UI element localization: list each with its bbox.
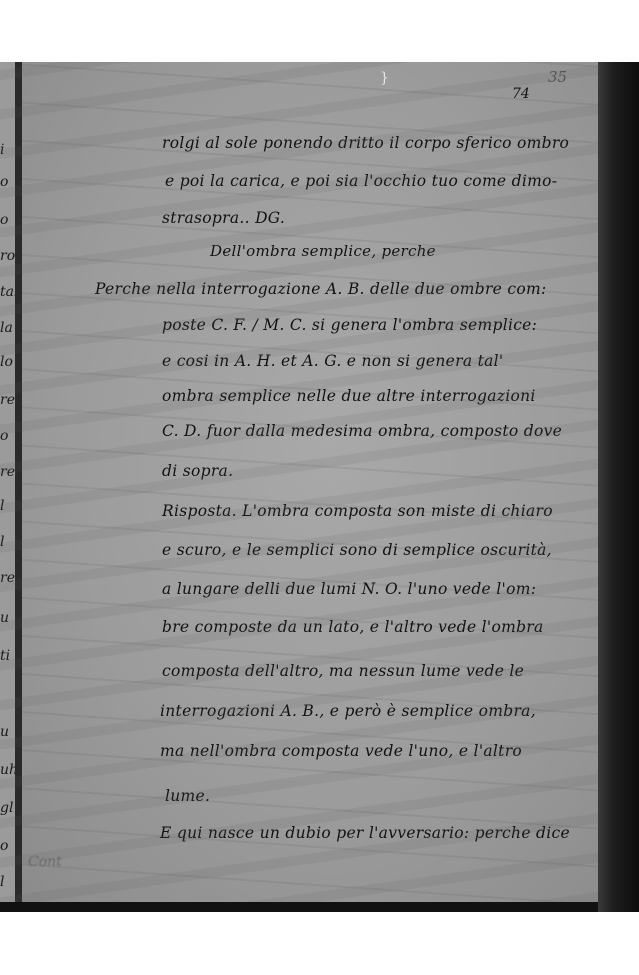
text-line: ombra semplice nelle due altre interroga… bbox=[162, 387, 536, 405]
text-line: e scuro, e le semplici sono di semplice … bbox=[162, 541, 552, 559]
bleed-through-text: Cont bbox=[28, 854, 62, 870]
margin-fragment: l bbox=[0, 498, 15, 514]
margin-fragment: la bbox=[0, 320, 15, 336]
margin-fragment: u bbox=[0, 724, 15, 740]
text-line: E qui nasce un dubio per l'avversario: p… bbox=[160, 824, 570, 842]
text-line: e poi la carica, e poi sia l'occhio tuo … bbox=[165, 172, 557, 190]
text-line: composta dell'altro, ma nessun lume vede… bbox=[162, 662, 524, 680]
text-line: di sopra. bbox=[162, 462, 233, 480]
text-line: strasopra.. DG. bbox=[162, 209, 285, 227]
text-line: e cosi in A. H. et A. G. e non si genera… bbox=[162, 352, 503, 370]
page-gutter-line bbox=[15, 62, 22, 902]
text-line: Perche nella interrogazione A. B. delle … bbox=[95, 280, 547, 298]
margin-fragment: tal bbox=[0, 284, 15, 300]
text-line: Risposta. L'ombra composta son miste di … bbox=[162, 502, 553, 520]
margin-fragment: l bbox=[0, 534, 15, 550]
text-line: interrogazioni A. B., e però è semplice … bbox=[160, 702, 536, 720]
text-line: lume. bbox=[165, 787, 210, 805]
margin-fragment: u bbox=[0, 610, 15, 626]
margin-fragment: gl bbox=[0, 800, 15, 816]
text-line: ma nell'ombra composta vede l'uno, e l'a… bbox=[160, 742, 522, 760]
manuscript-page: i o o ro tal la lo ret o re l l re u ti … bbox=[0, 62, 598, 902]
manuscript-scan: i o o ro tal la lo ret o re l l re u ti … bbox=[0, 62, 639, 912]
scan-bottom-edge bbox=[0, 902, 639, 912]
margin-fragment: re bbox=[0, 464, 15, 480]
folio-number: 74 bbox=[512, 86, 530, 102]
text-line: rolgi al sole ponendo dritto il corpo sf… bbox=[162, 134, 569, 152]
margin-fragment: ti bbox=[0, 648, 15, 664]
margin-fragment: uh bbox=[0, 762, 15, 778]
margin-fragment: ret bbox=[0, 392, 15, 408]
margin-fragment: ro bbox=[0, 248, 15, 264]
margin-fragment: re bbox=[0, 570, 15, 586]
margin-fragment: o bbox=[0, 838, 15, 854]
section-heading: Dell'ombra semplice, perche bbox=[210, 242, 436, 260]
old-folio-number: 35 bbox=[548, 68, 567, 86]
margin-fragment: o bbox=[0, 174, 15, 190]
margin-fragment: o bbox=[0, 212, 15, 228]
margin-fragment: i bbox=[0, 142, 15, 158]
book-binding-shadow bbox=[598, 62, 639, 912]
text-line: bre composte da un lato, e l'altro vede … bbox=[162, 618, 544, 636]
top-mark: } bbox=[380, 70, 389, 86]
text-line: poste C. F. / M. C. si genera l'ombra se… bbox=[162, 316, 537, 334]
text-line: a lungare delli due lumi N. O. l'uno ved… bbox=[162, 580, 536, 598]
margin-fragment: lo bbox=[0, 354, 15, 370]
margin-fragment: l bbox=[0, 874, 15, 890]
margin-fragment: o bbox=[0, 428, 15, 444]
text-line: C. D. fuor dalla medesima ombra, compost… bbox=[162, 422, 562, 440]
